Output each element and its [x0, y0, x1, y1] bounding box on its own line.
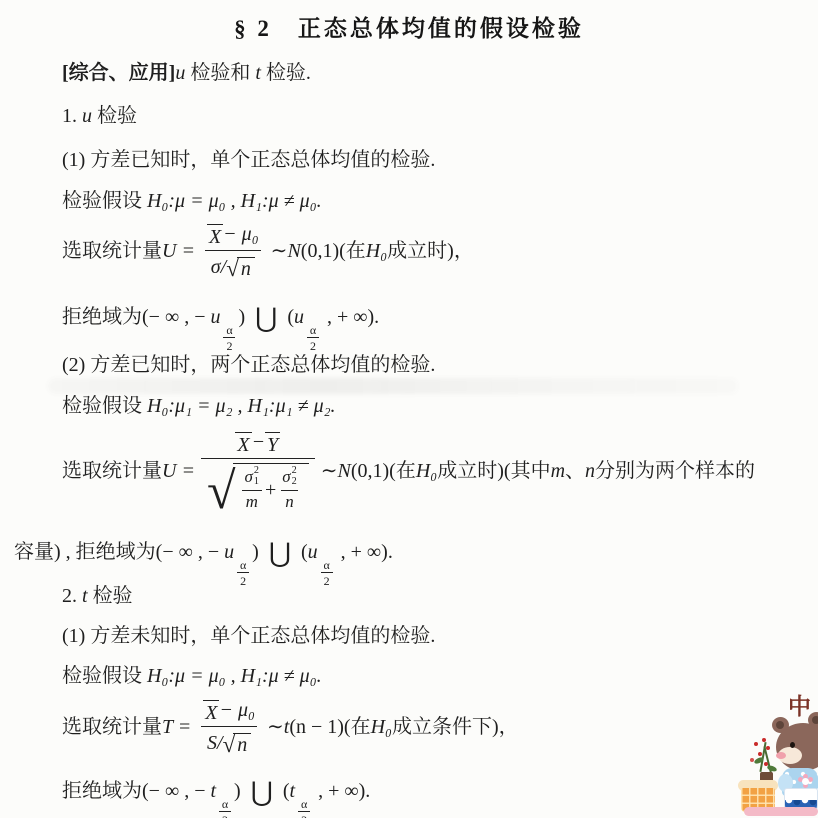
comma: 、 — [565, 459, 585, 484]
alpha-over-two: α2 — [321, 559, 333, 587]
heading-u-test: 1. u 检验 — [62, 104, 137, 129]
rejection-prefix: 容量) , 拒绝域为(− ∞ , − — [14, 541, 224, 563]
u-statistic-formula-1: 选取统计量 U = X − μ₀ σ/ √n ∼ N(0,1)(在 H₀ 成立时… — [62, 222, 474, 280]
intro-tag: [综合、应用] — [62, 62, 175, 84]
u-statistic-formula-2: 选取统计量 U = X − Y √σ21m + σ22n ∼ N(0,1)(在 … — [62, 430, 755, 512]
hypothesis-math: H₀:μ = μ₀ , H₁:μ ≠ μ₀. — [147, 665, 322, 687]
radicand: σ21m + σ22n — [233, 463, 309, 512]
formula-tail: 成立时)， — [387, 239, 474, 264]
denominator-prefix: σ/ — [211, 255, 226, 280]
two: 2 — [307, 337, 319, 352]
hypothesis-math: H₀:μ₁ = μ₂ , H₁:μ₁ ≠ μ₂. — [147, 395, 336, 417]
fraction-denominator: √σ21m + σ22n — [201, 458, 315, 512]
alpha: α — [226, 324, 232, 336]
paren-close: ) — [252, 541, 264, 563]
alpha-over-two: α2 — [237, 559, 249, 587]
two: 2 — [223, 337, 235, 352]
bear-cheek-icon — [776, 752, 786, 759]
quantile-symbol: u — [294, 306, 304, 328]
sigma2-squared: σ22 — [278, 467, 300, 490]
formula-prefix-cn: 选取统计量 — [62, 239, 162, 264]
union-icon: ⋃ — [251, 777, 273, 807]
sticker-base-icon — [744, 807, 818, 816]
hypothesis-prefix: 检验假设 — [62, 190, 147, 212]
dist-N: N — [287, 239, 300, 264]
formula-prefix-math: U = — [162, 459, 195, 484]
radicand: n — [237, 257, 255, 280]
tilde-distribution: ∼ — [271, 239, 288, 264]
sigma2-over-n: σ22n — [278, 467, 300, 512]
square-root: √σ21m + σ22n — [207, 463, 309, 512]
fraction: X − μ₀ σ/ √n — [201, 222, 265, 280]
item-variance-known-single: (1) 方差已知时，单个正态总体均值的检验. — [62, 148, 435, 173]
rejection-suffix: , + ∞). — [313, 780, 370, 802]
quantile-symbol: u — [224, 541, 234, 563]
fraction-numerator: X − μ₀ — [201, 222, 265, 250]
heading-number: 1. — [62, 105, 82, 127]
dist-N: N — [338, 459, 351, 484]
two: 2 — [321, 572, 333, 587]
sigma1-over-m: σ21m — [241, 467, 263, 512]
y-bar: Y — [265, 432, 280, 455]
quantile-symbol: u — [210, 306, 220, 328]
plant-leaf-icon — [753, 756, 764, 765]
sigma: σ — [282, 468, 290, 487]
paren-close: ) — [234, 780, 246, 802]
hypothesis-prefix: 检验假设 — [62, 395, 147, 417]
bear-eye-icon — [790, 742, 795, 748]
paren-open: ( — [282, 306, 294, 328]
alpha: α — [301, 798, 307, 810]
rejection-prefix: 拒绝域为(− ∞ , − — [62, 306, 210, 328]
x-bar: X — [207, 224, 223, 247]
alpha: α — [240, 559, 246, 571]
H0: H₀ — [366, 239, 387, 264]
formula-tail: 成立条件下)， — [392, 715, 519, 740]
fraction-denominator: S/ √n — [201, 726, 257, 756]
radicand: n — [233, 733, 251, 756]
hypothesis-math: H₀:μ = μ₀ , H₁:μ ≠ μ₀. — [147, 190, 322, 212]
intro-line: [综合、应用]u 检验和 t 检验. — [62, 61, 311, 86]
formula-tail: 分别为两个样本的 — [595, 459, 755, 484]
item-variance-known-two: (2) 方差已知时，两个正态总体均值的检验. — [62, 353, 435, 378]
plus: + — [265, 479, 276, 501]
paren-open: ( — [296, 541, 308, 563]
m: m — [242, 490, 262, 512]
page-title: § 2 正态总体均值的假设检验 — [0, 10, 818, 43]
heading-rest: 检验 — [92, 105, 137, 127]
alpha: α — [310, 324, 316, 336]
subscript-2: 2 — [292, 477, 297, 488]
alpha: α — [222, 798, 228, 810]
H0: H₀ — [416, 459, 437, 484]
two: 2 — [237, 572, 249, 587]
radical-icon: √ — [207, 471, 236, 513]
two: 2 — [298, 811, 310, 818]
dist-args: (n − 1)(在 — [289, 715, 370, 740]
fraction-numerator: X − Y — [229, 430, 286, 458]
square-root: √n — [223, 733, 252, 756]
intro-end: 检验. — [261, 62, 311, 84]
union-icon: ⋃ — [255, 303, 277, 333]
flower-icon — [802, 778, 809, 785]
H0: H₀ — [371, 715, 392, 740]
var-u: u — [175, 62, 185, 84]
textbook-page: § 2 正态总体均值的假设检验 [综合、应用]u 检验和 t 检验. 1. u … — [0, 0, 818, 818]
fraction: X − Y √σ21m + σ22n — [201, 430, 315, 512]
paren-close: ) — [238, 306, 250, 328]
tilde-distribution: ∼ — [267, 715, 284, 740]
heading-t-test: 2. t 检验 — [62, 584, 133, 609]
tail-mid: 成立时)(其中 — [437, 459, 550, 484]
hypothesis-line-2: 检验假设 H₀:μ₁ = μ₂ , H₁:μ₁ ≠ μ₂. — [62, 394, 336, 419]
heading-number: 2. — [62, 585, 82, 607]
formula-prefix-cn: 选取统计量 — [62, 715, 162, 740]
subscript-1: 1 — [254, 477, 259, 488]
denominator-prefix: S/ — [207, 731, 223, 756]
dist-args: (0,1)(在 — [351, 459, 416, 484]
t-statistic-formula: 选取统计量 T = X − μ₀ S/ √n ∼ t(n − 1)(在 H₀ 成… — [62, 698, 519, 756]
rejection-prefix: 拒绝域为(− ∞ , − — [62, 780, 210, 802]
alpha-over-two: α2 — [219, 798, 231, 818]
page-bleed-through — [48, 378, 738, 394]
bear-head-icon — [776, 723, 818, 771]
fraction-numerator: X − μ₀ — [197, 698, 261, 726]
quantile-symbol: t — [290, 780, 296, 802]
alpha: α — [323, 559, 329, 571]
rejection-suffix: , + ∞). — [336, 541, 393, 563]
numerator-rest: − μ₀ — [219, 698, 255, 723]
formula-prefix-cn: 选取统计量 — [62, 459, 162, 484]
rejection-region-2: 拒绝域为(− ∞ , − tα2) ⋃ (tα2 , + ∞). — [62, 776, 370, 818]
two: 2 — [219, 811, 231, 818]
sticker-zhong-text: 中 — [788, 688, 811, 721]
quantile-symbol: t — [210, 780, 216, 802]
fraction: X − μ₀ S/ √n — [197, 698, 261, 756]
sup-sub: 22 — [292, 466, 297, 487]
alpha-over-two: α2 — [307, 324, 319, 352]
formula-prefix-math: T = — [162, 715, 191, 740]
x-bar: X — [235, 432, 251, 455]
tilde-distribution: ∼ — [321, 459, 338, 484]
alpha-over-two: α2 — [298, 798, 310, 818]
rejection-region-1: 拒绝域为(− ∞ , − uα2) ⋃ (uα2 , + ∞). — [62, 302, 379, 352]
sigma1-squared: σ21 — [241, 467, 263, 490]
rejection-region-continued: 容量) , 拒绝域为(− ∞ , − uα2) ⋃ (uα2 , + ∞). — [14, 537, 393, 587]
n: n — [281, 490, 298, 512]
bear-sticker: 中 — [736, 684, 818, 818]
dist-args: (0,1)(在 — [301, 239, 366, 264]
numerator-rest: − μ₀ — [223, 222, 259, 247]
union-icon: ⋃ — [269, 538, 291, 568]
hypothesis-line-1: 检验假设 H₀:μ = μ₀ , H₁:μ ≠ μ₀. — [62, 189, 322, 214]
fraction-denominator: σ/ √n — [205, 250, 261, 280]
intro-mid: 检验和 — [185, 62, 255, 84]
rejection-suffix: , + ∞). — [322, 306, 379, 328]
hypothesis-prefix: 检验假设 — [62, 665, 147, 687]
minus: − — [252, 430, 266, 455]
x-bar: X — [203, 700, 219, 723]
var-m: m — [551, 459, 565, 484]
square-root: √n — [226, 257, 255, 280]
item-variance-unknown-single: (1) 方差未知时，单个正态总体均值的检验. — [62, 624, 435, 649]
var-u: u — [82, 105, 92, 127]
hypothesis-line-3: 检验假设 H₀:μ = μ₀ , H₁:μ ≠ μ₀. — [62, 664, 322, 689]
var-n: n — [585, 459, 595, 484]
berries-icon — [764, 762, 768, 766]
formula-prefix-math: U = — [162, 239, 195, 264]
alpha-over-two: α2 — [223, 324, 235, 352]
quantile-symbol: u — [308, 541, 318, 563]
heading-rest: 检验 — [88, 585, 133, 607]
sup-sub: 21 — [254, 466, 259, 487]
paren-open: ( — [278, 780, 290, 802]
sigma: σ — [245, 468, 253, 487]
